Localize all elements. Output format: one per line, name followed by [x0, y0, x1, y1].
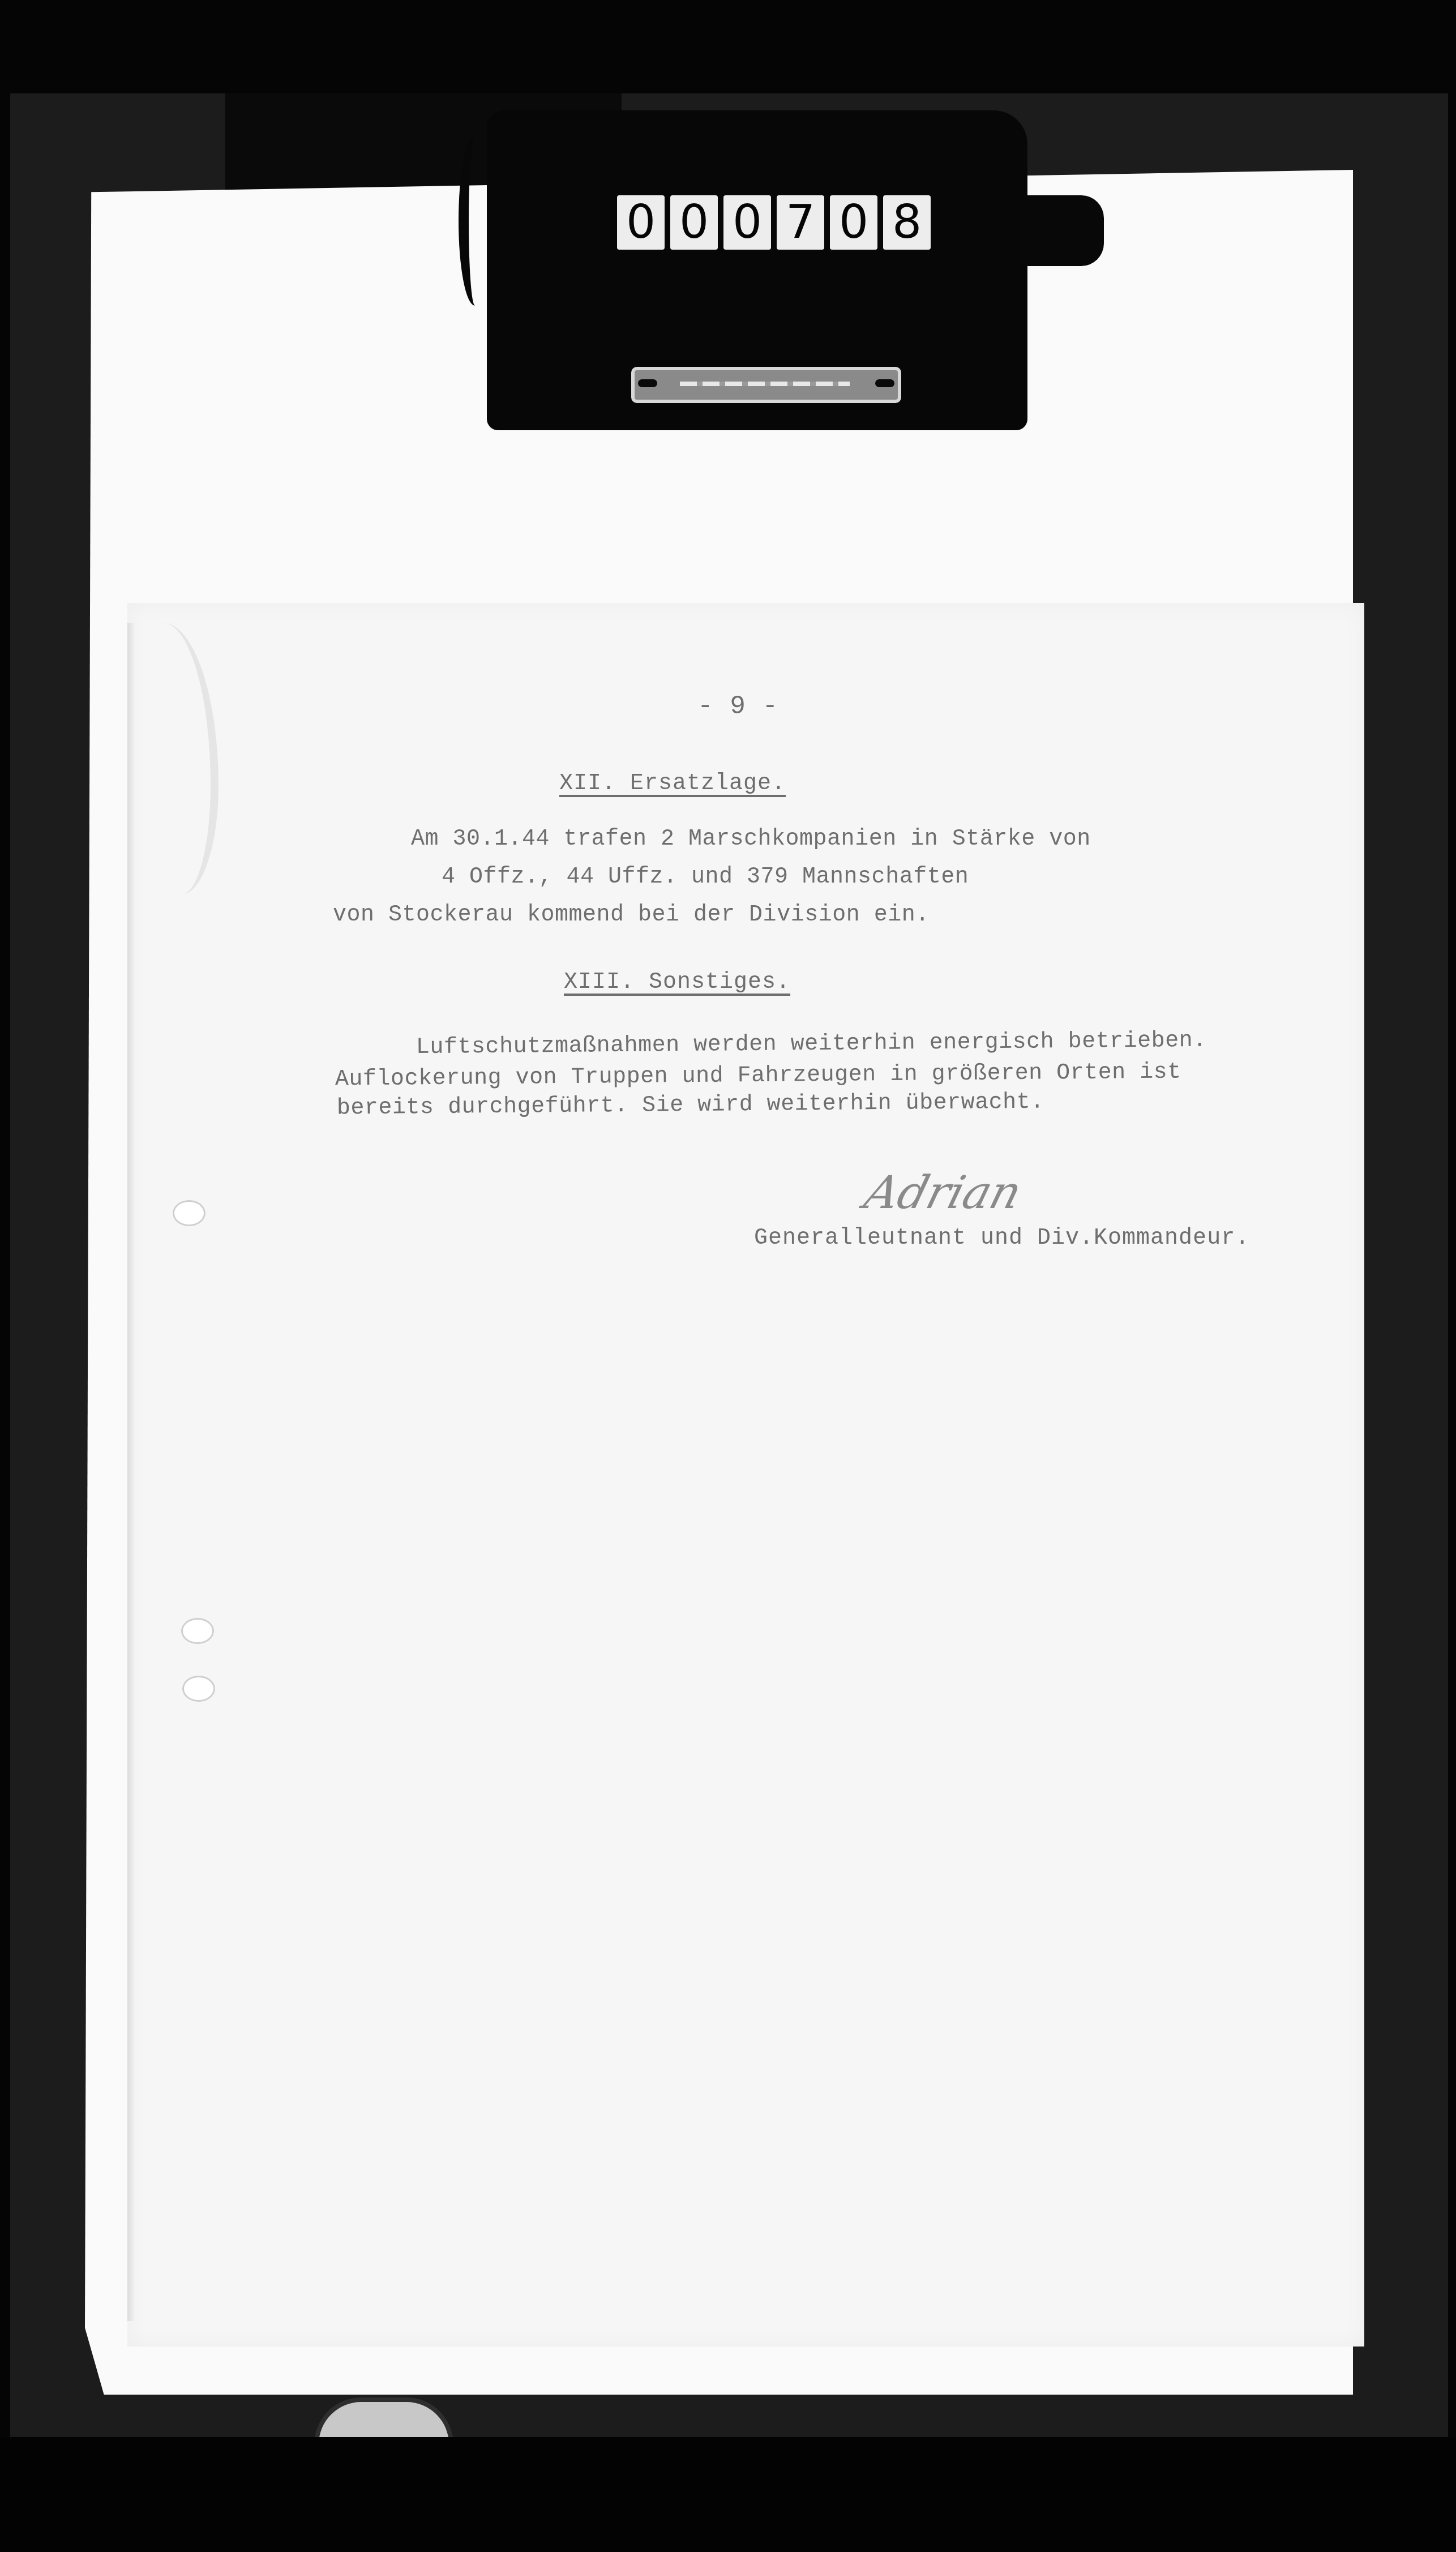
counter-digit: 0: [830, 195, 877, 250]
counter-digit: 8: [883, 195, 931, 250]
punch-hole-icon: [181, 1618, 214, 1644]
page-number: - 9 -: [697, 692, 778, 721]
counter-digit: 7: [777, 195, 824, 250]
section-heading-ersatzlage: XII. Ersatzlage.: [559, 771, 786, 797]
counter-nameplate: [631, 367, 901, 403]
handwritten-signature: Adrian: [859, 1166, 1027, 1219]
counter-knob-icon: [1019, 195, 1104, 266]
punch-hole-icon: [182, 1676, 215, 1702]
section-heading-sonstiges: XIII. Sonstiges.: [564, 970, 790, 995]
paragraph-line: 4 Offz., 44 Uffz. und 379 Mannschaften: [442, 864, 969, 890]
counter-digit: 0: [723, 195, 771, 250]
nameplate-engraving: [680, 382, 850, 386]
frame-counter-display: 0 0 0 7 0 8: [617, 195, 931, 250]
paragraph-line: von Stockerau kommend bei der Division e…: [333, 902, 930, 928]
counter-digit: 0: [670, 195, 718, 250]
film-border-bottom: [0, 2437, 1456, 2552]
punch-hole-icon: [173, 1200, 205, 1226]
paragraph-line: Am 30.1.44 trafen 2 Marschkompanien in S…: [411, 827, 1091, 852]
signature-title: Generalleutnant und Div.Kommandeur.: [754, 1226, 1249, 1251]
counter-digit: 0: [617, 195, 665, 250]
